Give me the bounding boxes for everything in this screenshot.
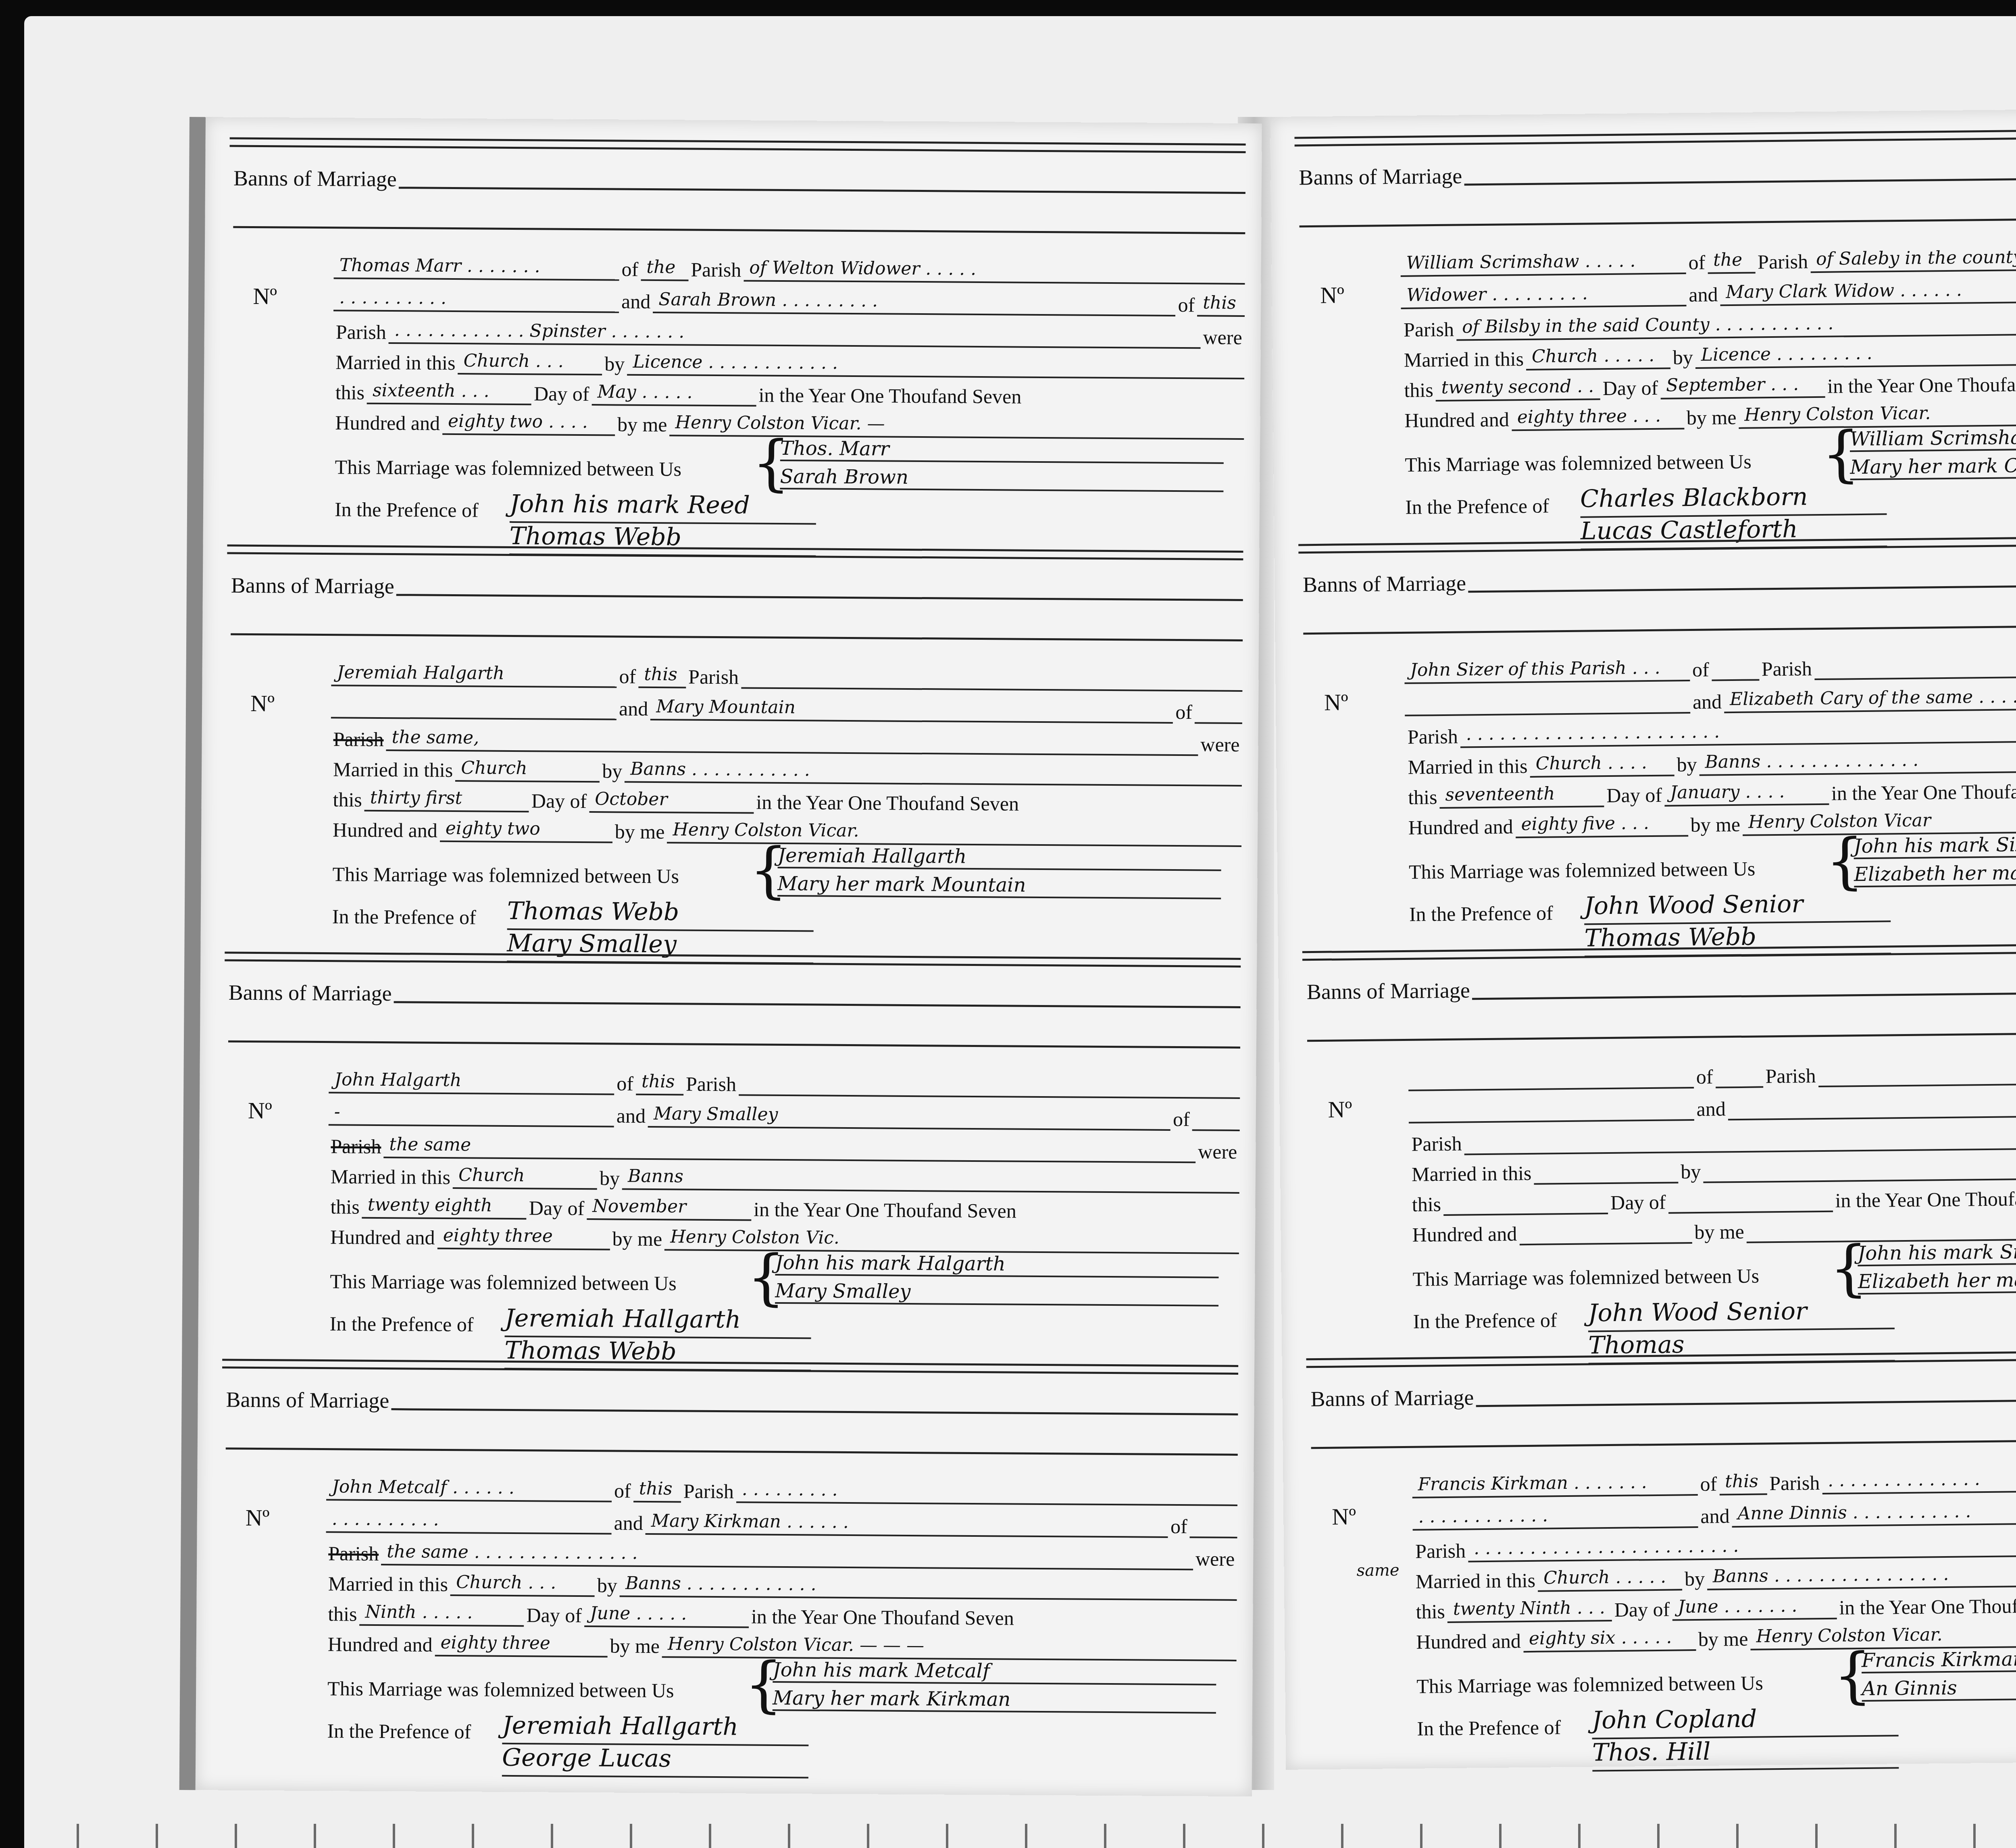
by-me-label: by me (615, 412, 670, 436)
banns-label: Banns of Marriage (231, 573, 394, 599)
banns-line (391, 1408, 1238, 1415)
were-label: were (1198, 733, 1242, 756)
marriage-entry: Banns of Marriage Nº John Sizer of this … (1298, 534, 2016, 939)
groom-name: John Sizer of this Parish . . . (1404, 656, 1690, 684)
presence-label: In the Prefence of (1407, 901, 1556, 926)
banns-line (1476, 1397, 2016, 1407)
place-value: Church . . . . (1530, 750, 1674, 777)
of-label: of (619, 258, 641, 281)
bride-line: and of (1408, 1086, 2016, 1124)
month-value: May . . . . . (591, 380, 756, 406)
groom-parish (1818, 1057, 2016, 1087)
parish-label-2: Parish (326, 1542, 381, 1565)
year-label: in the Year One Thoufand Seven (749, 1605, 1016, 1630)
banns-line (396, 594, 1243, 601)
groom-of: this (636, 1070, 683, 1096)
signature-1: William Scrimshaw (1849, 424, 2016, 452)
day-of-label: Day of (529, 789, 589, 813)
solemnized-block: This Marriage was folemnized between Us … (332, 434, 1244, 500)
parish-label-2: Parish (333, 320, 389, 344)
married-in-label: Married in this (1402, 347, 1527, 372)
witness-1: John his mark Reed (510, 490, 816, 525)
parish-label-2: Parish (328, 1134, 383, 1158)
groom-name (1408, 1063, 1694, 1091)
married-in-label: Married in this (331, 758, 456, 782)
bride-of: this (1197, 291, 1245, 317)
married-line: Married in this Church . . . by Banns . … (326, 1567, 1237, 1601)
method-value: Banns . . . . . . . . . . . . . . (1699, 744, 2016, 776)
witness-1: Thomas Webb (507, 897, 814, 932)
parish-label-2: Parish (331, 727, 386, 751)
banns-label: Banns of Marriage (1299, 163, 1462, 190)
month-value: January . . . . (1664, 779, 1829, 807)
entry-number-label: Nº (250, 690, 275, 717)
groom-parish (739, 1070, 1240, 1099)
bride-line: and Mary Mountain of (331, 690, 1242, 724)
of-label: of (1690, 658, 1712, 682)
presence-line: In the Prefence of (1410, 1303, 1559, 1333)
of-label: of (1694, 1065, 1716, 1089)
bride-name: Sarah Brown . . . . . . . . . (653, 287, 1176, 316)
parish-line: Parish were (1409, 1119, 2016, 1156)
bride-of (1190, 1512, 1237, 1538)
bride-name (1728, 1090, 2016, 1121)
signature-1: Jeremiah Hallgarth (778, 844, 1221, 871)
method-value: Banns (622, 1164, 1239, 1194)
place-value: Church . . . (450, 1570, 595, 1597)
banns-label: Banns of Marriage (1303, 570, 1466, 597)
parish-value: . . . . . . . . . . . . Spinster . . . .… (389, 318, 1201, 349)
hundred-and-label: Hundred and (1414, 1629, 1523, 1654)
officiant-value (1747, 1212, 2016, 1243)
and-label: and (1686, 283, 1720, 306)
this-label: this (330, 788, 364, 812)
presence-label: In the Prefence of (1414, 1715, 1563, 1740)
presence-line: In the Prefence of (330, 900, 479, 929)
married-in-label: Married in this (1405, 754, 1530, 779)
hundred-and-label: Hundred and (1402, 408, 1512, 432)
bride-prefix: . . . . . . . . . . (333, 285, 619, 313)
parish-label: Parish (683, 1072, 739, 1096)
solemnized-text: This Marriage was folemnized between Us (325, 1677, 677, 1702)
groom-name: William Scrimshaw . . . . . (1400, 248, 1686, 277)
groom-line: Thomas Marr . . . . . . . of the Parish … (334, 251, 1245, 285)
of-label: of (616, 664, 638, 688)
hundred-and-label: Hundred and (330, 818, 440, 842)
bride-prefix: - (329, 1100, 614, 1127)
signature-2: Mary Smalley (775, 1280, 1218, 1307)
signature-2: Elizabeth her mark Cary (1858, 1266, 2016, 1295)
parish-label-2: Parish (1409, 1132, 1464, 1155)
bride-of (1192, 1105, 1240, 1131)
banns-line-2 (1300, 216, 2016, 227)
day-of-label: Day of (531, 382, 592, 406)
were-label: were (1195, 1140, 1240, 1163)
presence-line: In the Prefence of (1414, 1711, 1563, 1740)
by-label: by (595, 1573, 620, 1597)
witness-1: John Copland (1592, 1703, 1899, 1739)
parish-label: Parish (681, 1480, 736, 1503)
solemnized-block: This Marriage was folemnized between Us … (330, 841, 1241, 907)
bride-name: Anne Dinnis . . . . . . . . . . . (1732, 1497, 2016, 1528)
of-label-2: of (1175, 293, 1197, 316)
bride-name: Mary Mountain (650, 695, 1173, 724)
marriage-entry: Banns of Marriage Nº John Metcalf . . . … (220, 1359, 1238, 1760)
method-value (1703, 1151, 2016, 1183)
banns-line-2 (1307, 1030, 2016, 1042)
day-of-label: Day of (1612, 1598, 1672, 1621)
year-words-value: eighty two . . . . (442, 409, 615, 436)
day-value: twenty eighth (362, 1193, 527, 1220)
officiant-value: Henry Colston Vicar. (1739, 397, 2016, 429)
married-line: Married in this Church by Banns (328, 1160, 1239, 1194)
month-value: September . . . (1660, 372, 1825, 400)
by-label: by (602, 352, 627, 375)
banns-label: Banns of Marriage (226, 1387, 389, 1413)
groom-line: John Metcalf . . . . . . of this Parish … (326, 1472, 1237, 1506)
day-value (1443, 1188, 1608, 1216)
of-label: of (1697, 1472, 1719, 1496)
officiant-value: Henry Colston Vicar. (1750, 1619, 2016, 1650)
presence-label: In the Prefence of (1403, 494, 1552, 519)
signature-2: An Ginnis (1862, 1673, 2016, 1702)
groom-line: Jeremiah Halgarth of this Parish (331, 658, 1242, 692)
year-words-value: eighty six . . . . . (1523, 1625, 1696, 1652)
solemnized-text: This Marriage was folemnized between Us (1414, 1671, 1766, 1698)
signature-1: Francis Kirkman (1862, 1645, 2016, 1674)
hundred-and-label: Hundred and (328, 1225, 437, 1249)
month-value (1668, 1186, 1833, 1214)
groom-of (1715, 1062, 1763, 1088)
margin-note: same (1356, 1561, 1399, 1580)
parish-value (1464, 1122, 2016, 1155)
bride-name: Elizabeth Cary of the same . . . . . (1724, 683, 2016, 714)
year-label: in the Year One Thoufand Seven (1825, 372, 2016, 397)
groom-of: the (1708, 248, 1756, 274)
marriage-entry: Banns of Marriage Nº Jeremiah Halgarth o… (225, 545, 1243, 946)
groom-line: of Parish (1408, 1054, 2016, 1091)
this-label: this (1413, 1600, 1447, 1623)
date-line: this Ninth . . . . . Day of June . . . .… (325, 1597, 1237, 1631)
parish-label: Parish (1763, 1064, 1818, 1088)
solemnized-text: This Marriage was folemnized between Us (1410, 1264, 1762, 1290)
solemnized-text: This Marriage was folemnized between Us (330, 862, 681, 888)
year-words-value: eighty three (435, 1631, 607, 1658)
place-value: Church (455, 756, 600, 782)
banns-line (399, 187, 1245, 194)
groom-name: Thomas Marr . . . . . . . (334, 253, 619, 281)
witness-1: Jeremiah Hallgarth (502, 1711, 808, 1746)
solemnized-block: This Marriage was folemnized between Us … (1410, 1238, 2016, 1307)
signature-1: John his mark Sizer (1858, 1238, 2016, 1267)
parish-value: the same (383, 1132, 1195, 1163)
groom-parish (1814, 649, 2016, 680)
year-label: in the Year One Thoufand Seven (756, 383, 1024, 408)
presence-label: In the Prefence of (332, 497, 481, 522)
groom-parish: of Welton Widower . . . . . (744, 256, 1245, 285)
officiant-value: Henry Colston Vicar (1743, 805, 2016, 836)
banns-line (1468, 583, 2016, 593)
solemnized-block: This Marriage was folemnized between Us … (327, 1249, 1239, 1315)
signature-2: Mary her mark Kirkman (773, 1687, 1216, 1714)
by-label: by (1674, 753, 1699, 776)
groom-of: this (638, 662, 686, 689)
by-me-label: by me (1688, 813, 1743, 837)
entry-number-label: Nº (1328, 1096, 1352, 1123)
and-label: and (1694, 1097, 1728, 1121)
entry-separator (1294, 127, 2016, 146)
groom-name: Francis Kirkman . . . . . . . (1412, 1470, 1698, 1498)
married-in-label: Married in this (328, 1165, 453, 1189)
married-in-label: Married in this (1413, 1569, 1538, 1593)
year-label: in the Year One Thoufand Seven (1837, 1593, 2016, 1619)
groom-parish: . . . . . . . . . (736, 1477, 1238, 1506)
by-me-label: by me (1696, 1627, 1751, 1651)
left-page: Banns of Marriage Nº Thomas Marr . . . .… (179, 117, 1262, 1796)
day-value: seventeenth (1439, 781, 1604, 809)
parish-line: Parish the same were (328, 1130, 1239, 1163)
of-label-2: of (1173, 700, 1195, 724)
hundred-and-label: Hundred and (333, 411, 442, 435)
entry-number-label: Nº (248, 1097, 272, 1124)
parish-value: of Bilsby in the said County . . . . . .… (1456, 307, 2016, 341)
year-label: in the Year One Thoufand Seven (751, 1198, 1019, 1223)
banns-label: Banns of Marriage (1310, 1385, 1474, 1411)
parish-value: . . . . . . . . . . . . . . . . . . . . … (1468, 1529, 2016, 1563)
presence-label: In the Prefence of (325, 1719, 473, 1743)
scan-edge-ticks (0, 1824, 2016, 1848)
groom-line: William Scrimshaw . . . . . of the Paris… (1400, 240, 2016, 277)
bride-prefix (331, 693, 616, 720)
and-label: and (614, 1104, 648, 1128)
hundred-and-label: Hundred and (1410, 1222, 1519, 1247)
and-label: and (1698, 1504, 1732, 1528)
month-value: June . . . . . . . (1672, 1594, 1837, 1621)
parish-value: . . . . . . . . . . . . . . . . . . . . … (1460, 714, 2016, 748)
banns-label: Banns of Marriage (233, 166, 397, 191)
day-value: sixteenth . . . (367, 379, 531, 405)
groom-of: the (641, 255, 688, 281)
year-words-value: eighty two (440, 816, 612, 843)
banns-label: Banns of Marriage (1307, 978, 1470, 1004)
signature-2: Mary her mark Mountain (777, 872, 1221, 899)
groom-of (1712, 655, 1760, 681)
date-line: this thirty first Day of October in the … (330, 783, 1241, 817)
and-label: and (1690, 690, 1724, 714)
place-value: Church . . . . . (1526, 343, 1671, 370)
bride-of (1195, 698, 1242, 724)
this-label: this (325, 1602, 360, 1626)
parish-line: Parish . . . . . . . . . . . . Spinster … (333, 315, 1245, 349)
this-label: this (1410, 1192, 1444, 1216)
day-value: twenty Ninth . . . (1447, 1596, 1612, 1623)
place-value: Church (453, 1163, 597, 1190)
this-label: this (333, 381, 367, 404)
married-in-label: Married in this (326, 1572, 451, 1596)
by-label: by (597, 1166, 622, 1190)
solemnized-block: This Marriage was folemnized between Us … (1414, 1645, 2016, 1714)
banns-line (394, 1001, 1241, 1008)
groom-of: this (1719, 1469, 1767, 1495)
marriage-entry: Banns of Marriage Nº William Scrimshaw .… (1294, 127, 2016, 532)
day-value: thirty first (364, 786, 529, 812)
date-line: this sixteenth . . . Day of May . . . . … (333, 376, 1244, 410)
year-label: in the Year One Thoufand Seven (1833, 1186, 2016, 1212)
parish-label-2: Parish (1405, 725, 1460, 749)
hundred-and-label: Hundred and (1406, 815, 1516, 839)
by-label: by (1682, 1567, 1708, 1591)
banns-line-2 (1303, 623, 2016, 635)
married-line: Married in this Church . . . by Licence … (333, 345, 1244, 379)
method-value: Banns . . . . . . . . . . . . . . . . (1707, 1559, 2016, 1590)
bride-line: Widower . . . . . . . . . and Mary Clark… (1401, 272, 2016, 309)
parish-label-2: Parish (1401, 318, 1457, 341)
of-label: of (614, 1072, 636, 1095)
method-value: Banns . . . . . . . . . . . . (620, 1571, 1237, 1601)
married-line: Married in this Church by Banns . . . . … (331, 753, 1242, 787)
signature-2: Elizabeth her mark Cary (1854, 859, 2016, 888)
groom-of: this (633, 1477, 681, 1503)
of-label-2: of (1170, 1107, 1192, 1131)
banns-line (1464, 175, 2016, 185)
day-of-label: Day of (1600, 376, 1660, 400)
banns-label: Banns of Marriage (229, 980, 392, 1006)
year-words-value: eighty three (437, 1224, 610, 1251)
by-me-label: by me (607, 1634, 662, 1658)
bride-name: Mary Smalley (648, 1102, 1171, 1131)
signature-1: John his mark Metcalf (773, 1659, 1216, 1686)
parish-label: Parish (686, 665, 741, 689)
this-label: this (1406, 785, 1440, 809)
bride-name: Mary Clark Widow . . . . . . (1720, 275, 2016, 306)
were-label: were (1193, 1547, 1237, 1571)
banns-line-2 (226, 1448, 1238, 1456)
of-label: of (1686, 251, 1708, 275)
signature-1: John his mark Halgarth (775, 1251, 1218, 1278)
marriage-entry: Banns of Marriage Nº Thomas Marr . . . .… (227, 137, 1246, 539)
bride-line: and Elizabeth Cary of the same . . . . .… (1405, 679, 2016, 716)
entry-number-label: Nº (1332, 1503, 1356, 1530)
groom-name: John Halgarth (329, 1068, 614, 1095)
hundred-and-label: Hundred and (325, 1632, 435, 1657)
witness-1: John Wood Senior (1588, 1296, 1895, 1332)
day-of-label: Day of (1604, 783, 1664, 807)
place-value: Church . . . . . (1538, 1565, 1683, 1592)
day-value: Ninth . . . . . (359, 1600, 524, 1627)
month-value: June . . . . . (584, 1601, 749, 1628)
married-in-label: Married in this (1409, 1161, 1534, 1186)
bride-prefix: . . . . . . . . . . . . (1412, 1502, 1698, 1531)
groom-line: John Sizer of this Parish . . . of Paris… (1404, 647, 2016, 684)
solemnized-block: This Marriage was folemnized between Us … (1406, 830, 2016, 900)
groom-parish: . . . . . . . . . . . . . . (1822, 1464, 2016, 1494)
presence-line: In the Prefence of (327, 1307, 476, 1336)
solemnized-block: This Marriage was folemnized between Us … (325, 1656, 1237, 1722)
parish-label: Parish (1755, 250, 1811, 273)
method-value: Licence . . . . . . . . . . . . (627, 350, 1244, 379)
parish-label: Parish (688, 258, 744, 282)
solemnized-text: This Marriage was folemnized between Us (333, 455, 684, 481)
presence-line: In the Prefence of (325, 1714, 473, 1743)
signature-1: Thos. Marr (780, 437, 1224, 464)
presence-line: In the Prefence of (1407, 896, 1556, 926)
date-line: this twenty eighth Day of November in th… (328, 1190, 1239, 1224)
month-value: October (589, 787, 754, 814)
of-label-2: of (1168, 1515, 1190, 1538)
by-me-label: by me (1692, 1220, 1747, 1244)
this-label: this (328, 1195, 362, 1219)
parish-line: Parish the same, were (331, 722, 1242, 756)
marriage-entry: Banns of Marriage Nº of Parish and of Pa… (1302, 941, 2016, 1346)
bride-line: . . . . . . . . . . . . and Anne Dinnis … (1412, 1494, 2016, 1531)
by-me-label: by me (612, 820, 667, 843)
marriage-entry: Banns of Marriage Nº same Francis Kirkma… (1306, 1349, 2016, 1753)
day-of-label: Day of (527, 1196, 587, 1220)
parish-line: Parish . . . . . . . . . . . . . . . . .… (1413, 1526, 2016, 1563)
and-label: and (619, 290, 653, 314)
year-label: in the Year One Thoufand Seven (754, 791, 1021, 816)
day-of-label: Day of (524, 1603, 584, 1627)
parish-label: Parish (1767, 1471, 1822, 1495)
parish-value: the same . . . . . . . . . . . . . . . (381, 1540, 1193, 1570)
presence-label: In the Prefence of (330, 905, 479, 929)
by-label: by (1670, 345, 1696, 369)
place-value (1534, 1157, 1679, 1184)
place-value: Church . . . (458, 349, 602, 375)
solemnized-block: This Marriage was folemnized between Us … (1402, 423, 2016, 493)
entry-separator (230, 137, 1246, 153)
year-words-value (1519, 1218, 1692, 1245)
method-value: Licence . . . . . . . . . (1695, 337, 2016, 369)
presence-line: In the Prefence of (332, 493, 481, 522)
banns-line-2 (228, 1041, 1240, 1049)
witness-1: John Wood Senior (1584, 889, 1891, 925)
groom-line: Francis Kirkman . . . . . . . of this Pa… (1412, 1461, 2016, 1498)
by-label: by (600, 759, 625, 782)
married-in-label: Married in this (333, 350, 458, 375)
entry-number-label: Nº (1320, 281, 1345, 309)
signature-1: John his mark Sizer (1854, 831, 2016, 859)
presence-label: In the Prefence of (1410, 1308, 1559, 1333)
entry-number-label: Nº (253, 283, 277, 310)
groom-name: Jeremiah Halgarth (331, 660, 616, 688)
month-value: November (587, 1194, 751, 1221)
bride-prefix: . . . . . . . . . . (326, 1507, 612, 1534)
entry-number-label: Nº (1324, 689, 1349, 716)
banns-line (1472, 990, 2016, 1000)
parish-line: Parish of Bilsby in the said County . . … (1401, 304, 2016, 341)
marriage-entry: Banns of Marriage Nº John Halgarth of th… (222, 952, 1241, 1353)
year-label: in the Year One Thoufand Seven (1829, 779, 2016, 805)
solemnized-text: This Marriage was folemnized between Us (1406, 857, 1758, 883)
year-words-value: eighty three . . . (1512, 404, 1685, 431)
parish-label-2: Parish (1413, 1539, 1468, 1563)
this-label: this (1402, 378, 1436, 402)
day-of-label: Day of (1608, 1190, 1668, 1214)
banns-line-2 (231, 633, 1243, 641)
bride-name: Mary Kirkman . . . . . . (646, 1509, 1168, 1538)
banns-line-2 (233, 226, 1245, 234)
bride-prefix: Widower . . . . . . . . . (1401, 281, 1687, 309)
presence-line: In the Prefence of (1403, 489, 1552, 519)
of-label: of (612, 1479, 633, 1502)
parish-line: Parish the same . . . . . . . . . . . . … (326, 1537, 1237, 1571)
by-me-label: by me (610, 1227, 665, 1251)
groom-parish: of Saleby in the county of Lincoln (1810, 242, 2016, 273)
presence-label: In the Prefence of (327, 1312, 476, 1336)
day-value: twenty second . . . (1435, 374, 1600, 402)
and-label: and (612, 1511, 646, 1535)
